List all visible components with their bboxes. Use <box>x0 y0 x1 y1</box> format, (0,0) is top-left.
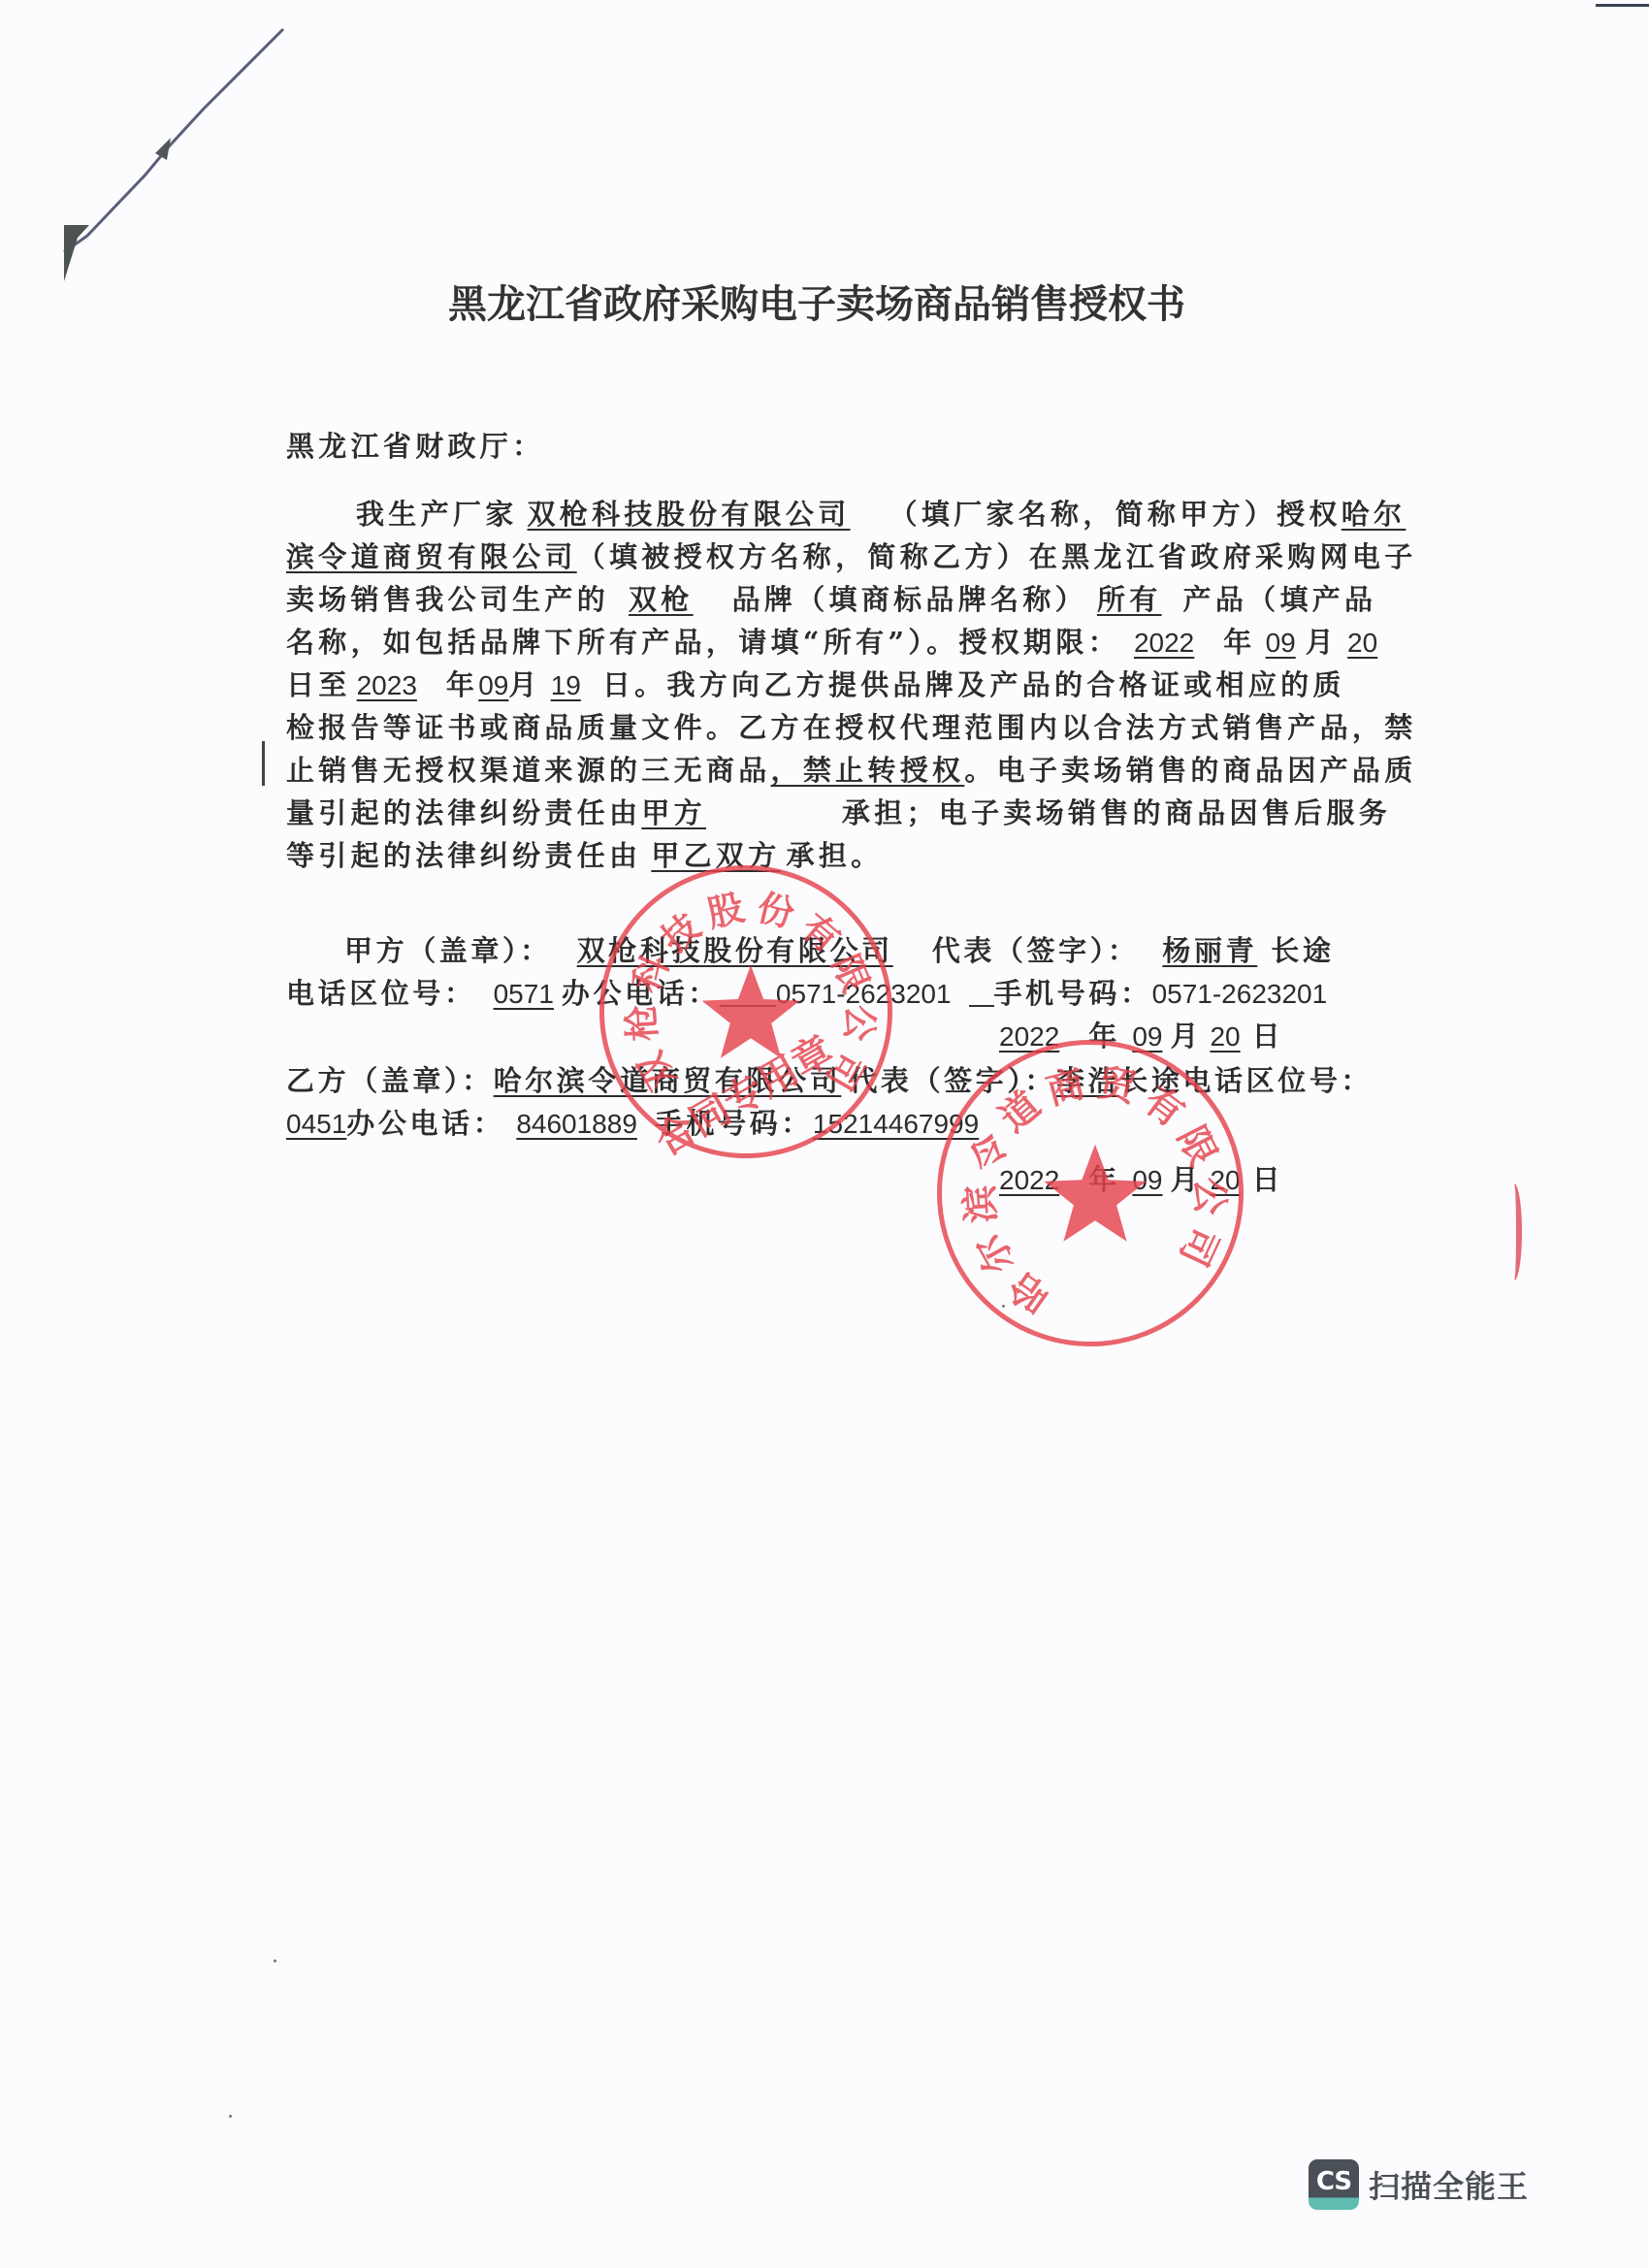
text: 月 <box>1170 1163 1200 1196</box>
addressee: 黑龙江省财政厅： <box>286 427 1314 466</box>
quality-liability-party: 甲方 <box>641 796 842 829</box>
svg-text:份: 份 <box>754 886 799 936</box>
text: 承担；电子卖场销售的商品因售后服务 <box>842 796 1391 829</box>
start-year: 2022 <box>1120 628 1223 658</box>
authorized-party-name-part1: 哈尔 <box>1342 498 1406 531</box>
party-a-mobile-label: 手机号码： <box>994 977 1152 1010</box>
scan-speck <box>229 2115 232 2118</box>
start-month: 09 <box>1256 628 1306 658</box>
party-a-office-phone: 0571-2623201 <box>776 979 952 1009</box>
party-b-mobile-label: 手机号码： <box>649 1107 813 1140</box>
body-line-2: 滨令道商贸有限公司（填被授权方名称，简称乙方）在黑龙江省政府采购网电子 <box>286 537 1314 576</box>
text: 年 <box>1088 1163 1118 1196</box>
party-b-rep-signature: 李浩 <box>1056 1064 1119 1097</box>
text: 。电子卖场销售的商品因产品质 <box>964 754 1416 787</box>
text: 品牌（填商标品牌名称） <box>732 583 1087 616</box>
text: 长途 <box>1271 934 1334 967</box>
authorized-party-name-part2: 滨令道商贸有限公司 <box>286 540 577 573</box>
party-a-rep-label: 代表（签字）： <box>932 934 1140 967</box>
underline <box>969 974 994 1007</box>
body-line-3: 卖场销售我公司生产的双枪品牌（填商标品牌名称）所有产品（填产品 <box>286 580 1314 619</box>
text: 等引起的法律纠纷责任由 <box>286 839 641 872</box>
text: 月 <box>1170 1020 1200 1053</box>
text: 我生产厂家 <box>286 498 518 531</box>
party-b-mobile: 15214467999 <box>813 1109 979 1139</box>
text: 月 <box>508 668 540 701</box>
body-line-1: 我生产厂家双枪科技股份有限公司（填厂家名称，简称甲方）授权哈尔 <box>286 495 1314 534</box>
text: 日 <box>1252 1163 1282 1196</box>
text: 日 <box>1252 1020 1282 1053</box>
party-b-date: 2022年09月20日 <box>982 1160 1331 1199</box>
text: 名称，如包括品牌下所有产品，请填“所有”）。授权期限： <box>286 626 1120 659</box>
no-sub-authorization-clause: ，禁止转授权 <box>771 754 965 787</box>
party-b-office-label: 办公电话： <box>346 1107 504 1140</box>
start-day: 20 <box>1338 628 1377 658</box>
underline <box>720 974 776 1007</box>
body-line-7: 止销售无授权渠道来源的三无商品，禁止转授权。电子卖场销售的商品因产品质 <box>286 751 1314 790</box>
body-line-4: 名称，如包括品牌下所有产品，请填“所有”）。授权期限：2022年09月20 <box>286 623 1314 662</box>
body-line-5: 日至2023年09月19日。我方向乙方提供品牌及产品的合格证或相应的质 <box>286 665 1314 704</box>
party-a-office-label: 办公电话： <box>562 977 720 1010</box>
party-b-office-phone: 84601889 <box>504 1109 649 1139</box>
service-liability-party: 甲乙双方 <box>641 839 780 872</box>
body-line-8: 量引起的法律纠纷责任由甲方承担；电子卖场销售的商品因售后服务 <box>286 794 1314 832</box>
end-month: 09 <box>478 670 508 700</box>
seal-fragment <box>1506 1183 1522 1280</box>
party-a-line-2: 电话区位号：0571办公电话：0571-2623201手机号码：0571-262… <box>286 974 1314 1013</box>
text: （填被授权方名称，简称乙方）在黑龙江省政府采购网电子 <box>577 540 1417 573</box>
party-b-date-month: 09 <box>1118 1165 1170 1195</box>
text: 产品（填产品 <box>1183 583 1377 616</box>
text: 承担。 <box>781 839 884 872</box>
text: 年 <box>1088 1020 1118 1053</box>
party-b-company: 哈尔滨令道商贸有限公司 <box>494 1064 842 1097</box>
scan-speck <box>1002 1305 1005 1308</box>
party-b-date-day: 20 <box>1200 1165 1251 1195</box>
text: 月 <box>1306 626 1338 659</box>
scan-speck <box>274 1960 276 1962</box>
party-b-line-2: 0451办公电话：84601889手机号码：15214467999 <box>286 1104 1314 1143</box>
party-b-area-label: 长途电话区位号： <box>1119 1064 1373 1097</box>
scan-edge-mark <box>1596 4 1649 7</box>
party-a-line-1: 甲方（盖章）：双枪科技股份有限公司代表（签字）：杨丽青长途 <box>286 931 1314 970</box>
party-a-label: 甲方（盖章）： <box>286 934 552 967</box>
text: 日至 <box>286 668 351 701</box>
text: 止销售无授权渠道来源的三无商品 <box>286 754 771 787</box>
svg-text:尔: 尔 <box>967 1226 1023 1280</box>
party-a-area-label: 电话区位号： <box>286 977 476 1010</box>
party-a-date-year: 2022 <box>982 1021 1088 1052</box>
camscanner-logo-icon: CS <box>1309 2159 1359 2210</box>
party-a-area-code: 0571 <box>476 979 562 1009</box>
text: 日。我方向乙方提供品牌及产品的合格证或相应的质 <box>602 668 1345 701</box>
margin-mark <box>262 741 265 786</box>
party-a-rep-signature: 杨丽青 <box>1139 934 1271 967</box>
text: 卖场销售我公司生产的 <box>286 583 609 616</box>
party-a-date-day: 20 <box>1200 1021 1251 1052</box>
end-year: 2023 <box>351 670 446 700</box>
svg-text:股: 股 <box>703 886 749 936</box>
manufacturer-name: 双枪科技股份有限公司 <box>518 498 889 531</box>
party-a-company: 双枪科技股份有限公司 <box>552 934 932 967</box>
camscanner-watermark: CS 扫描全能王 <box>1309 2159 1529 2210</box>
party-b-line-1: 乙方（盖章）：哈尔滨令道商贸有限公司代表（签字）：李浩长途电话区位号： <box>286 1061 1314 1100</box>
text: 年 <box>1223 626 1255 659</box>
party-b-date-year: 2022 <box>982 1165 1088 1195</box>
text: 年 <box>446 668 478 701</box>
text: 量引起的法律纠纷责任由 <box>286 796 641 829</box>
party-a-mobile: 0571-2623201 <box>1152 979 1328 1009</box>
party-b-rep-label: 代表（签字）： <box>841 1064 1056 1097</box>
scanned-document-page: 黑龙江省政府采购电子卖场商品销售授权书 黑龙江省财政厅： 我生产厂家双枪科技股份… <box>0 0 1649 2268</box>
body-line-9: 等引起的法律纠纷责任由甲乙双方承担。 <box>286 836 1314 875</box>
svg-text:司: 司 <box>1171 1219 1226 1272</box>
brand-name: 双枪 <box>609 583 732 616</box>
page-corner-fold <box>0 0 310 310</box>
party-b-label: 乙方（盖章）： <box>286 1064 494 1097</box>
end-day: 19 <box>541 670 602 700</box>
party-b-area-code: 0451 <box>286 1109 346 1139</box>
svg-text:哈: 哈 <box>1002 1262 1058 1319</box>
product-scope: 所有 <box>1087 583 1183 616</box>
party-a-date: 2022年09月20日 <box>982 1017 1331 1055</box>
addressee-text: 黑龙江省财政厅： <box>286 430 544 463</box>
document-title: 黑龙江省政府采购电子卖场商品销售授权书 <box>0 274 1641 329</box>
watermark-text: 扫描全能王 <box>1369 2162 1529 2207</box>
party-a-date-month: 09 <box>1118 1021 1170 1052</box>
text: （填厂家名称，简称甲方）授权 <box>889 498 1342 531</box>
body-line-6: 检报告等证书或商品质量文件。乙方在授权代理范围内以合法方式销售产品，禁 <box>286 708 1314 747</box>
